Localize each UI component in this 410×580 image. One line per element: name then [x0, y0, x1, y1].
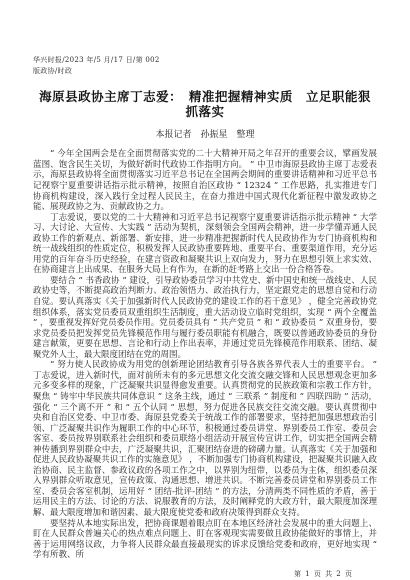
- masthead: 华兴时报/2023 年/5 月/17 日/第 002 版政协/时政: [33, 55, 377, 77]
- page-number-indicator: 第 1 页 共 2 页: [33, 569, 377, 579]
- article-body: “ 今年全国两会是在全面贯彻落实党的二十大精神开局之年召开的重要会议，擘画发展蓝…: [33, 149, 377, 560]
- masthead-source-line: 华兴时报/2023 年/5 月/17 日/第 002: [33, 55, 377, 66]
- article-paragraph: “ 努力使人民政协成为用党的创新理论团结教育引导各族各界代表人士的重要平台。 ”…: [33, 360, 377, 518]
- article-byline: 本报记者 孙振星 整理: [33, 127, 377, 140]
- article-paragraph: 要坚持从本地实际出发，把协商课题着眼点盯在本地区经济社会发展中的重大问题上、盯在…: [33, 519, 377, 561]
- article-paragraph: “ 今年全国两会是在全面贯彻落实党的二十大精神开局之年召开的重要会议，擘画发展蓝…: [33, 149, 377, 212]
- document-page: 华兴时报/2023 年/5 月/17 日/第 002 版政协/时政 海原县政协主…: [0, 0, 410, 580]
- article-paragraph: 要结合 “ 书香政协 ” 建设，引导政协委员学习中共党史、新中国史和统一战线史、…: [33, 276, 377, 360]
- article-paragraph: 丁志爱说，要以党的二十大精神和习近平总书记视察宁夏重要讲话指示批示精神 “ 大学…: [33, 213, 377, 276]
- masthead-section-line: 版政协/时政: [33, 66, 377, 77]
- article-title: 海原县政协主席丁志爱： 精准把握精神实质 立足职能狠抓落实: [33, 89, 377, 119]
